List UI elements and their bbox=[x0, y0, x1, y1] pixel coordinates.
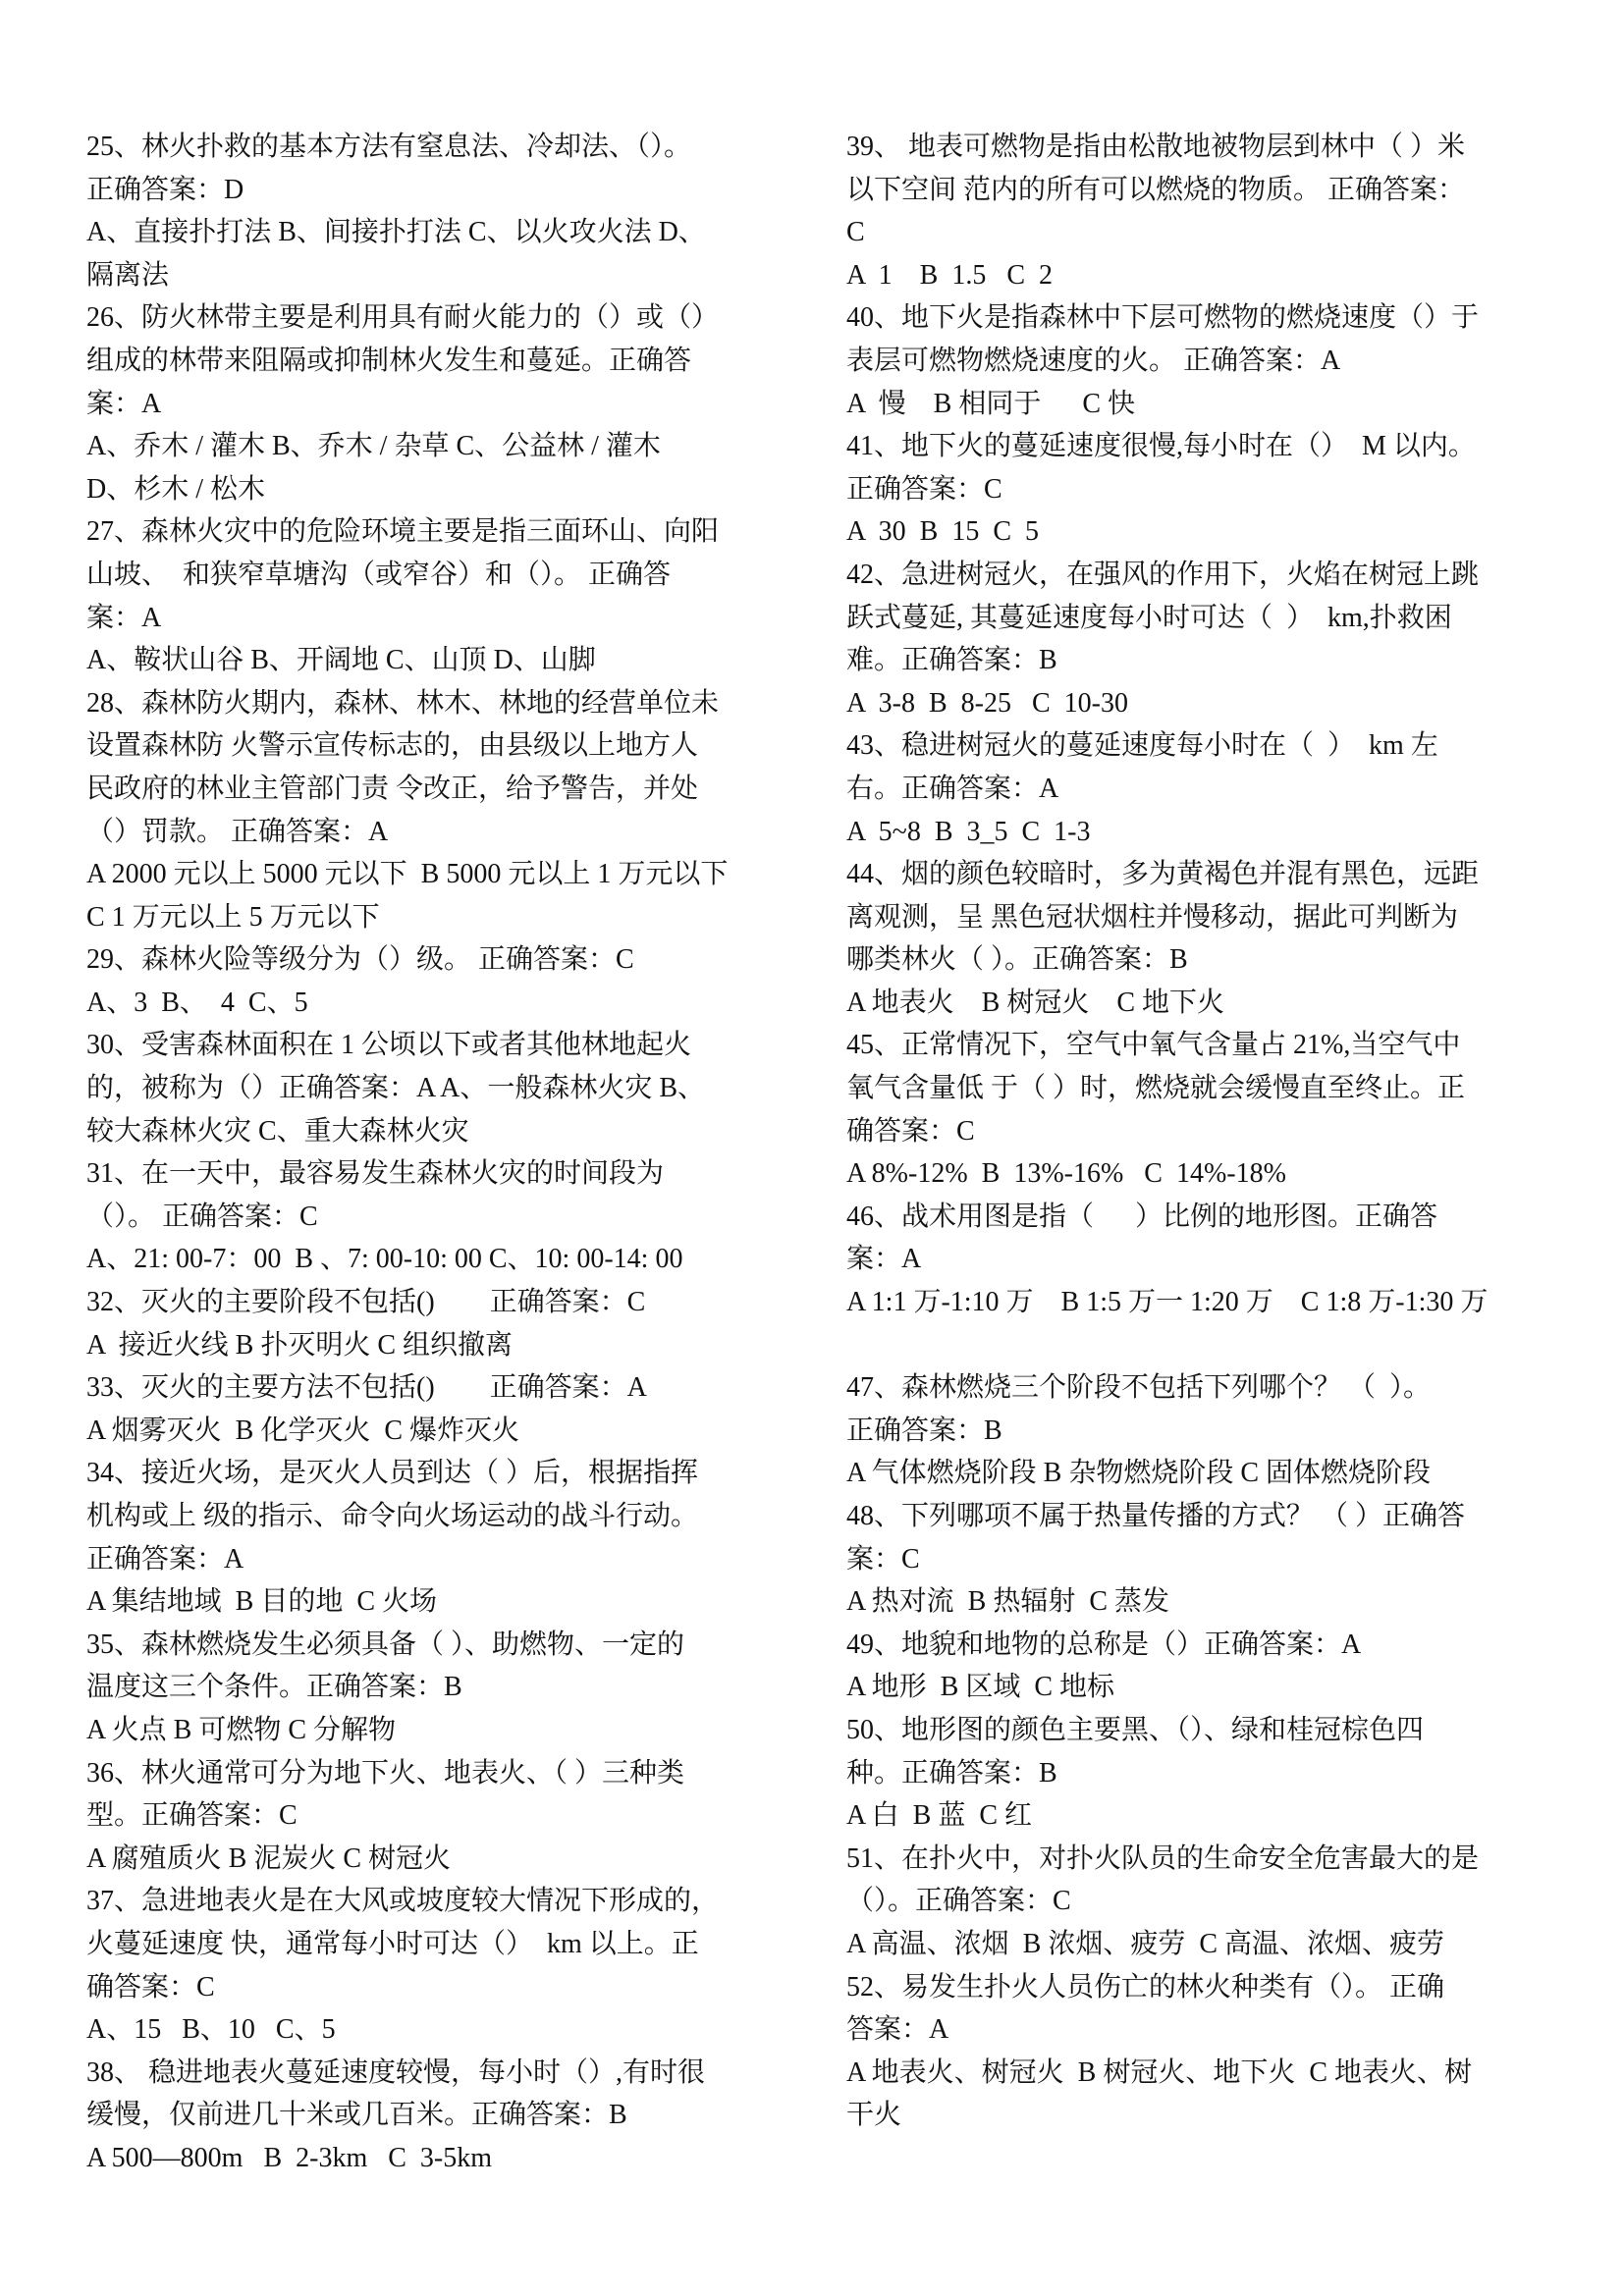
text-line: 29、森林火险等级分为（）级。 正确答案：C bbox=[86, 938, 795, 982]
text-line: A 1:1 万-1:10 万 B 1:5 万一 1:20 万 C 1:8 万-1… bbox=[846, 1281, 1547, 1324]
text-line: 答案：A bbox=[846, 2008, 1547, 2052]
text-line: 组成的林带来阻隔或抑制林火发生和蔓延。正确答 bbox=[86, 340, 795, 383]
text-line: A 3-8 B 8-25 C 10-30 bbox=[846, 682, 1547, 725]
text-line: A 烟雾灭火 B 化学灭火 C 爆炸灭火 bbox=[86, 1410, 795, 1453]
right-column: 39、 地表可燃物是指由松散地被物层到林中（ ）米以下空间 范内的所有可以燃烧的… bbox=[846, 126, 1547, 2137]
text-line: 30、受害森林面积在 1 公顷以下或者其他林地起火 bbox=[86, 1024, 795, 1067]
text-line: A 火点 B 可燃物 C 分解物 bbox=[86, 1709, 795, 1752]
text-line: 33、灭火的主要方法不包括() 正确答案：A bbox=[86, 1366, 795, 1410]
text-line: 31、在一天中，最容易发生森林火灾的时间段为 bbox=[86, 1152, 795, 1196]
text-line: C 1 万元以上 5 万元以下 bbox=[86, 896, 795, 939]
text-line: （）。正确答案：C bbox=[846, 1880, 1547, 1923]
text-line: （）罚款。 正确答案：A bbox=[86, 811, 795, 854]
text-line: A 慢 B 相同于 C 快 bbox=[846, 383, 1547, 426]
text-line: A 腐殖质火 B 泥炭火 C 树冠火 bbox=[86, 1838, 795, 1881]
blank-line bbox=[846, 1324, 1547, 1367]
text-line: 32、灭火的主要阶段不包括() 正确答案：C bbox=[86, 1281, 795, 1324]
text-line: A 热对流 B 热辐射 C 蒸发 bbox=[846, 1580, 1547, 1624]
text-line: 型。正确答案：C bbox=[86, 1794, 795, 1838]
text-line: 28、森林防火期内，森林、林木、林地的经营单位未 bbox=[86, 682, 795, 725]
text-line: A 地表火、树冠火 B 树冠火、地下火 C 地表火、树 bbox=[846, 2052, 1547, 2095]
text-line: 正确答案：B bbox=[846, 1410, 1547, 1453]
text-line: 右。正确答案：A bbox=[846, 768, 1547, 811]
text-line: （）。 正确答案：C bbox=[86, 1196, 795, 1239]
text-line: 案：A bbox=[846, 1238, 1547, 1281]
text-line: 34、接近火场，是灭火人员到达（ ）后，根据指挥 bbox=[86, 1452, 795, 1495]
text-line: 山坡、 和狭窄草塘沟（或窄谷）和（）。 正确答 bbox=[86, 554, 795, 597]
text-line: A、乔木 / 灌木 B、乔木 / 杂草 C、公益林 / 灌木 bbox=[86, 425, 795, 468]
text-line: 39、 地表可燃物是指由松散地被物层到林中（ ）米 bbox=[846, 126, 1547, 169]
text-line: 40、地下火是指森林中下层可燃物的燃烧速度（）于 bbox=[846, 296, 1547, 340]
text-line: 表层可燃物燃烧速度的火。 正确答案：A bbox=[846, 340, 1547, 383]
text-line: 41、地下火的蔓延速度很慢,每小时在（） M 以内。 bbox=[846, 425, 1547, 468]
text-line: 36、林火通常可分为地下火、地表火、（ ）三种类 bbox=[86, 1752, 795, 1795]
document-page: 25、林火扑救的基本方法有窒息法、冷却法、（）。正确答案：DA、直接扑打法 B、… bbox=[0, 0, 1624, 2296]
text-line: 干火 bbox=[846, 2094, 1547, 2137]
text-line: 50、地形图的颜色主要黑、（）、绿和桂冠棕色四 bbox=[846, 1709, 1547, 1752]
text-line: 跃式蔓延, 其蔓延速度每小时可达（ ） km,扑救困 bbox=[846, 597, 1547, 640]
text-line: 49、地貌和地物的总称是（）正确答案：A bbox=[846, 1624, 1547, 1667]
text-line: 火蔓延速度 快，通常每小时可达（） km 以上。正 bbox=[86, 1923, 795, 1966]
text-line: 25、林火扑救的基本方法有窒息法、冷却法、（）。 bbox=[86, 126, 795, 169]
text-line: 隔离法 bbox=[86, 254, 795, 297]
text-line: 的，被称为（）正确答案：A A、一般森林火灾 B、 bbox=[86, 1067, 795, 1110]
text-line: 案：A bbox=[86, 597, 795, 640]
text-line: A 500—800m B 2-3km C 3-5km bbox=[86, 2137, 795, 2180]
text-line: 43、稳进树冠火的蔓延速度每小时在（ ） km 左 bbox=[846, 724, 1547, 768]
text-line: A、直接扑打法 B、间接扑打法 C、以火攻火法 D、 bbox=[86, 211, 795, 254]
text-line: 35、森林燃烧发生必须具备（ ）、助燃物、一定的 bbox=[86, 1624, 795, 1667]
text-line: 民政府的林业主管部门责 令改正，给予警告，并处 bbox=[86, 768, 795, 811]
text-line: 离观测，呈 黑色冠状烟柱并慢移动，据此可判断为 bbox=[846, 896, 1547, 939]
left-column: 25、林火扑救的基本方法有窒息法、冷却法、（）。正确答案：DA、直接扑打法 B、… bbox=[86, 126, 795, 2180]
text-line: 44、烟的颜色较暗时，多为黄褐色并混有黑色，远距 bbox=[846, 853, 1547, 896]
text-line: 51、在扑火中，对扑火队员的生命安全危害最大的是 bbox=[846, 1838, 1547, 1881]
text-line: A 白 B 蓝 C 红 bbox=[846, 1794, 1547, 1838]
text-line: A、21: 00-7：00 B 、7: 00-10: 00 C、10: 00-1… bbox=[86, 1238, 795, 1281]
text-line: 案：C bbox=[846, 1538, 1547, 1581]
text-line: A 高温、浓烟 B 浓烟、疲劳 C 高温、浓烟、疲劳 bbox=[846, 1923, 1547, 1966]
text-line: C bbox=[846, 211, 1547, 254]
text-line: 47、森林燃烧三个阶段不包括下列哪个？ （ ）。 bbox=[846, 1366, 1547, 1410]
text-line: 种。正确答案：B bbox=[846, 1752, 1547, 1795]
text-line: 哪类林火（ ）。正确答案：B bbox=[846, 938, 1547, 982]
text-line: 氧气含量低 于（ ）时，燃烧就会缓慢直至终止。正 bbox=[846, 1067, 1547, 1110]
text-line: 26、防火林带主要是利用具有耐火能力的（）或（） bbox=[86, 296, 795, 340]
text-line: 52、易发生扑火人员伤亡的林火种类有（）。 正确 bbox=[846, 1966, 1547, 2009]
text-line: A 2000 元以上 5000 元以下 B 5000 元以上 1 万元以下 bbox=[86, 853, 795, 896]
text-line: A 8%-12% B 13%-16% C 14%-18% bbox=[846, 1152, 1547, 1196]
text-line: 确答案：C bbox=[86, 1966, 795, 2009]
text-line: D、杉木 / 松木 bbox=[86, 468, 795, 511]
text-line: A 30 B 15 C 5 bbox=[846, 510, 1547, 554]
text-line: 温度这三个条件。正确答案：B bbox=[86, 1666, 795, 1709]
text-line: 设置森林防 火警示宣传标志的，由县级以上地方人 bbox=[86, 724, 795, 768]
text-line: A 集结地域 B 目的地 C 火场 bbox=[86, 1580, 795, 1624]
text-line: 案：A bbox=[86, 383, 795, 426]
text-line: 机构或上 级的指示、命令向火场运动的战斗行动。 bbox=[86, 1495, 795, 1538]
text-line: A 地形 B 区域 C 地标 bbox=[846, 1666, 1547, 1709]
text-line: 38、 稳进地表火蔓延速度较慢，每小时（）,有时很 bbox=[86, 2052, 795, 2095]
text-line: A 5~8 B 3_5 C 1-3 bbox=[846, 811, 1547, 854]
text-line: 正确答案：C bbox=[846, 468, 1547, 511]
text-line: A、3 B、 4 C、5 bbox=[86, 982, 795, 1025]
text-line: 37、急进地表火是在大风或坡度较大情况下形成的， bbox=[86, 1880, 795, 1923]
text-line: 较大森林火灾 C、重大森林火灾 bbox=[86, 1110, 795, 1153]
text-line: A 气体燃烧阶段 B 杂物燃烧阶段 C 固体燃烧阶段 bbox=[846, 1452, 1547, 1495]
text-line: A、15 B、10 C、5 bbox=[86, 2008, 795, 2052]
text-line: 确答案：C bbox=[846, 1110, 1547, 1153]
text-line: 46、战术用图是指（ ）比例的地形图。正确答 bbox=[846, 1196, 1547, 1239]
text-line: 缓慢，仅前进几十米或几百米。正确答案：B bbox=[86, 2094, 795, 2137]
text-line: 42、急进树冠火，在强风的作用下，火焰在树冠上跳 bbox=[846, 554, 1547, 597]
text-line: 正确答案：D bbox=[86, 169, 795, 212]
text-line: A 接近火线 B 扑灭明火 C 组织撤离 bbox=[86, 1324, 795, 1367]
text-line: 正确答案：A bbox=[86, 1538, 795, 1581]
text-line: A、鞍状山谷 B、开阔地 C、山顶 D、山脚 bbox=[86, 639, 795, 682]
text-line: 48、下列哪项不属于热量传播的方式？ （ ）正确答 bbox=[846, 1495, 1547, 1538]
text-line: A 地表火 B 树冠火 C 地下火 bbox=[846, 982, 1547, 1025]
text-line: 以下空间 范内的所有可以燃烧的物质。 正确答案： bbox=[846, 169, 1547, 212]
text-line: 45、正常情况下，空气中氧气含量占 21%,当空气中 bbox=[846, 1024, 1547, 1067]
text-line: A 1 B 1.5 C 2 bbox=[846, 254, 1547, 297]
text-line: 难。正确答案：B bbox=[846, 639, 1547, 682]
text-line: 27、森林火灾中的危险环境主要是指三面环山、向阳 bbox=[86, 510, 795, 554]
